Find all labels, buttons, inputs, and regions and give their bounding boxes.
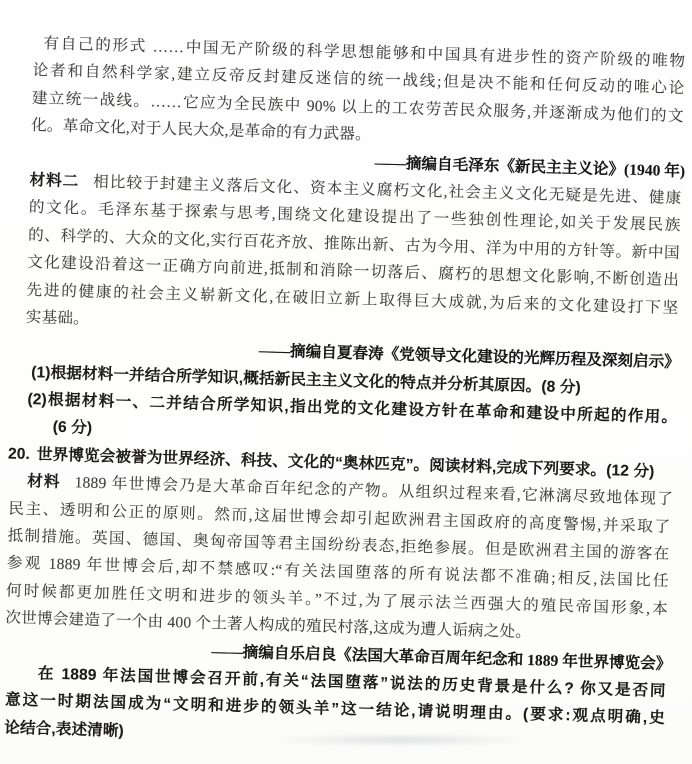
scanned-exam-page: 有自己的形式 ……中国无产阶级的科学思想能够和中国具有进步性的资产阶级的唯物 论… [0, 0, 692, 764]
page-content: 有自己的形式 ……中国无产阶级的科学思想能够和中国具有进步性的资产阶级的唯物 论… [0, 22, 692, 760]
material-one: 有自己的形式 ……中国无产阶级的科学思想能够和中国具有进步性的资产阶级的唯物 论… [0, 29, 692, 185]
material-label: 材料 [27, 473, 61, 491]
question-20: 20.世界博览会被誉为世界经济、科技、文化的“奥林匹克”。阅读材料,完成下列要求… [0, 440, 680, 761]
material-two-label: 材料二 [29, 172, 79, 190]
material-two: 材料二相比较于封建主义落后文化、资本主义腐朽文化,社会主义文化无疑是先进、健康 … [0, 166, 688, 377]
question-20-number: 20. [8, 445, 30, 463]
